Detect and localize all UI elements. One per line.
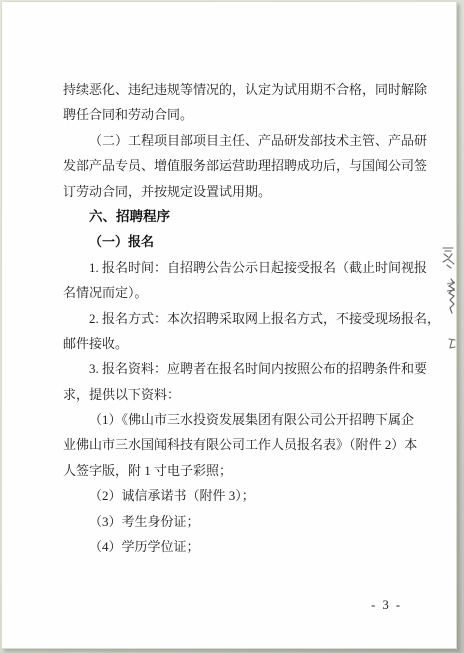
- text-line: 求，提供以下资料：: [63, 382, 431, 407]
- text-line: （4）学历学位证；: [63, 534, 431, 559]
- page-number: - 3 -: [2, 598, 456, 613]
- text-line: 发部产品专员、增值服务部运营助理招聘成功后，与国闻公司签: [63, 153, 431, 178]
- edge-ink-mark: [441, 245, 456, 269]
- text-line: 3. 报名资料：应聘者在报名时间内按照公布的招聘条件和要: [63, 356, 431, 381]
- document-page: 持续恶化、违纪违规等情况的，认定为试用期不合格，同时解除 聘任合同和劳动合同。 …: [1, 1, 457, 649]
- text-line: 订劳动合同，并按规定设置试用期。: [63, 179, 431, 204]
- text-line: 人签字版，附 1 寸电子彩照；: [63, 458, 431, 483]
- subsection-heading: （一）报名: [63, 229, 431, 254]
- edge-ink-mark: [446, 278, 457, 314]
- text-line: （3）考生身份证；: [63, 509, 431, 534]
- text-line: 1. 报名时间：自招聘公告公示日起接受报名（截止时间视报: [63, 255, 431, 280]
- edge-ink-mark: [447, 337, 457, 350]
- section-heading: 六、招聘程序: [63, 204, 431, 229]
- document-text-block: 持续恶化、违纪违规等情况的，认定为试用期不合格，同时解除 聘任合同和劳动合同。 …: [63, 77, 431, 559]
- text-line: （2）诚信承诺书（附件 3）；: [63, 483, 431, 508]
- text-line: （二）工程项目部项目主任、产品研发部技术主管、产品研: [63, 128, 431, 153]
- text-line: 名情况而定）。: [63, 280, 431, 305]
- scanned-document: { "doc": { "lines": [ {"text": "持续恶化、违纪违…: [0, 0, 464, 653]
- text-line: 业佛山市三水国闻科技有限公司工作人员报名表》（附件 2）本: [63, 432, 431, 457]
- text-line: （1）《佛山市三水投资发展集团有限公司公开招聘下属企: [63, 407, 431, 432]
- text-line: 聘任合同和劳动合同。: [63, 102, 431, 127]
- text-line: 邮件接收。: [63, 331, 431, 356]
- text-line: 持续恶化、违纪违规等情况的，认定为试用期不合格，同时解除: [63, 77, 431, 102]
- text-line: 2. 报名方式：本次招聘采取网上报名方式，不接受现场报名，: [63, 306, 431, 331]
